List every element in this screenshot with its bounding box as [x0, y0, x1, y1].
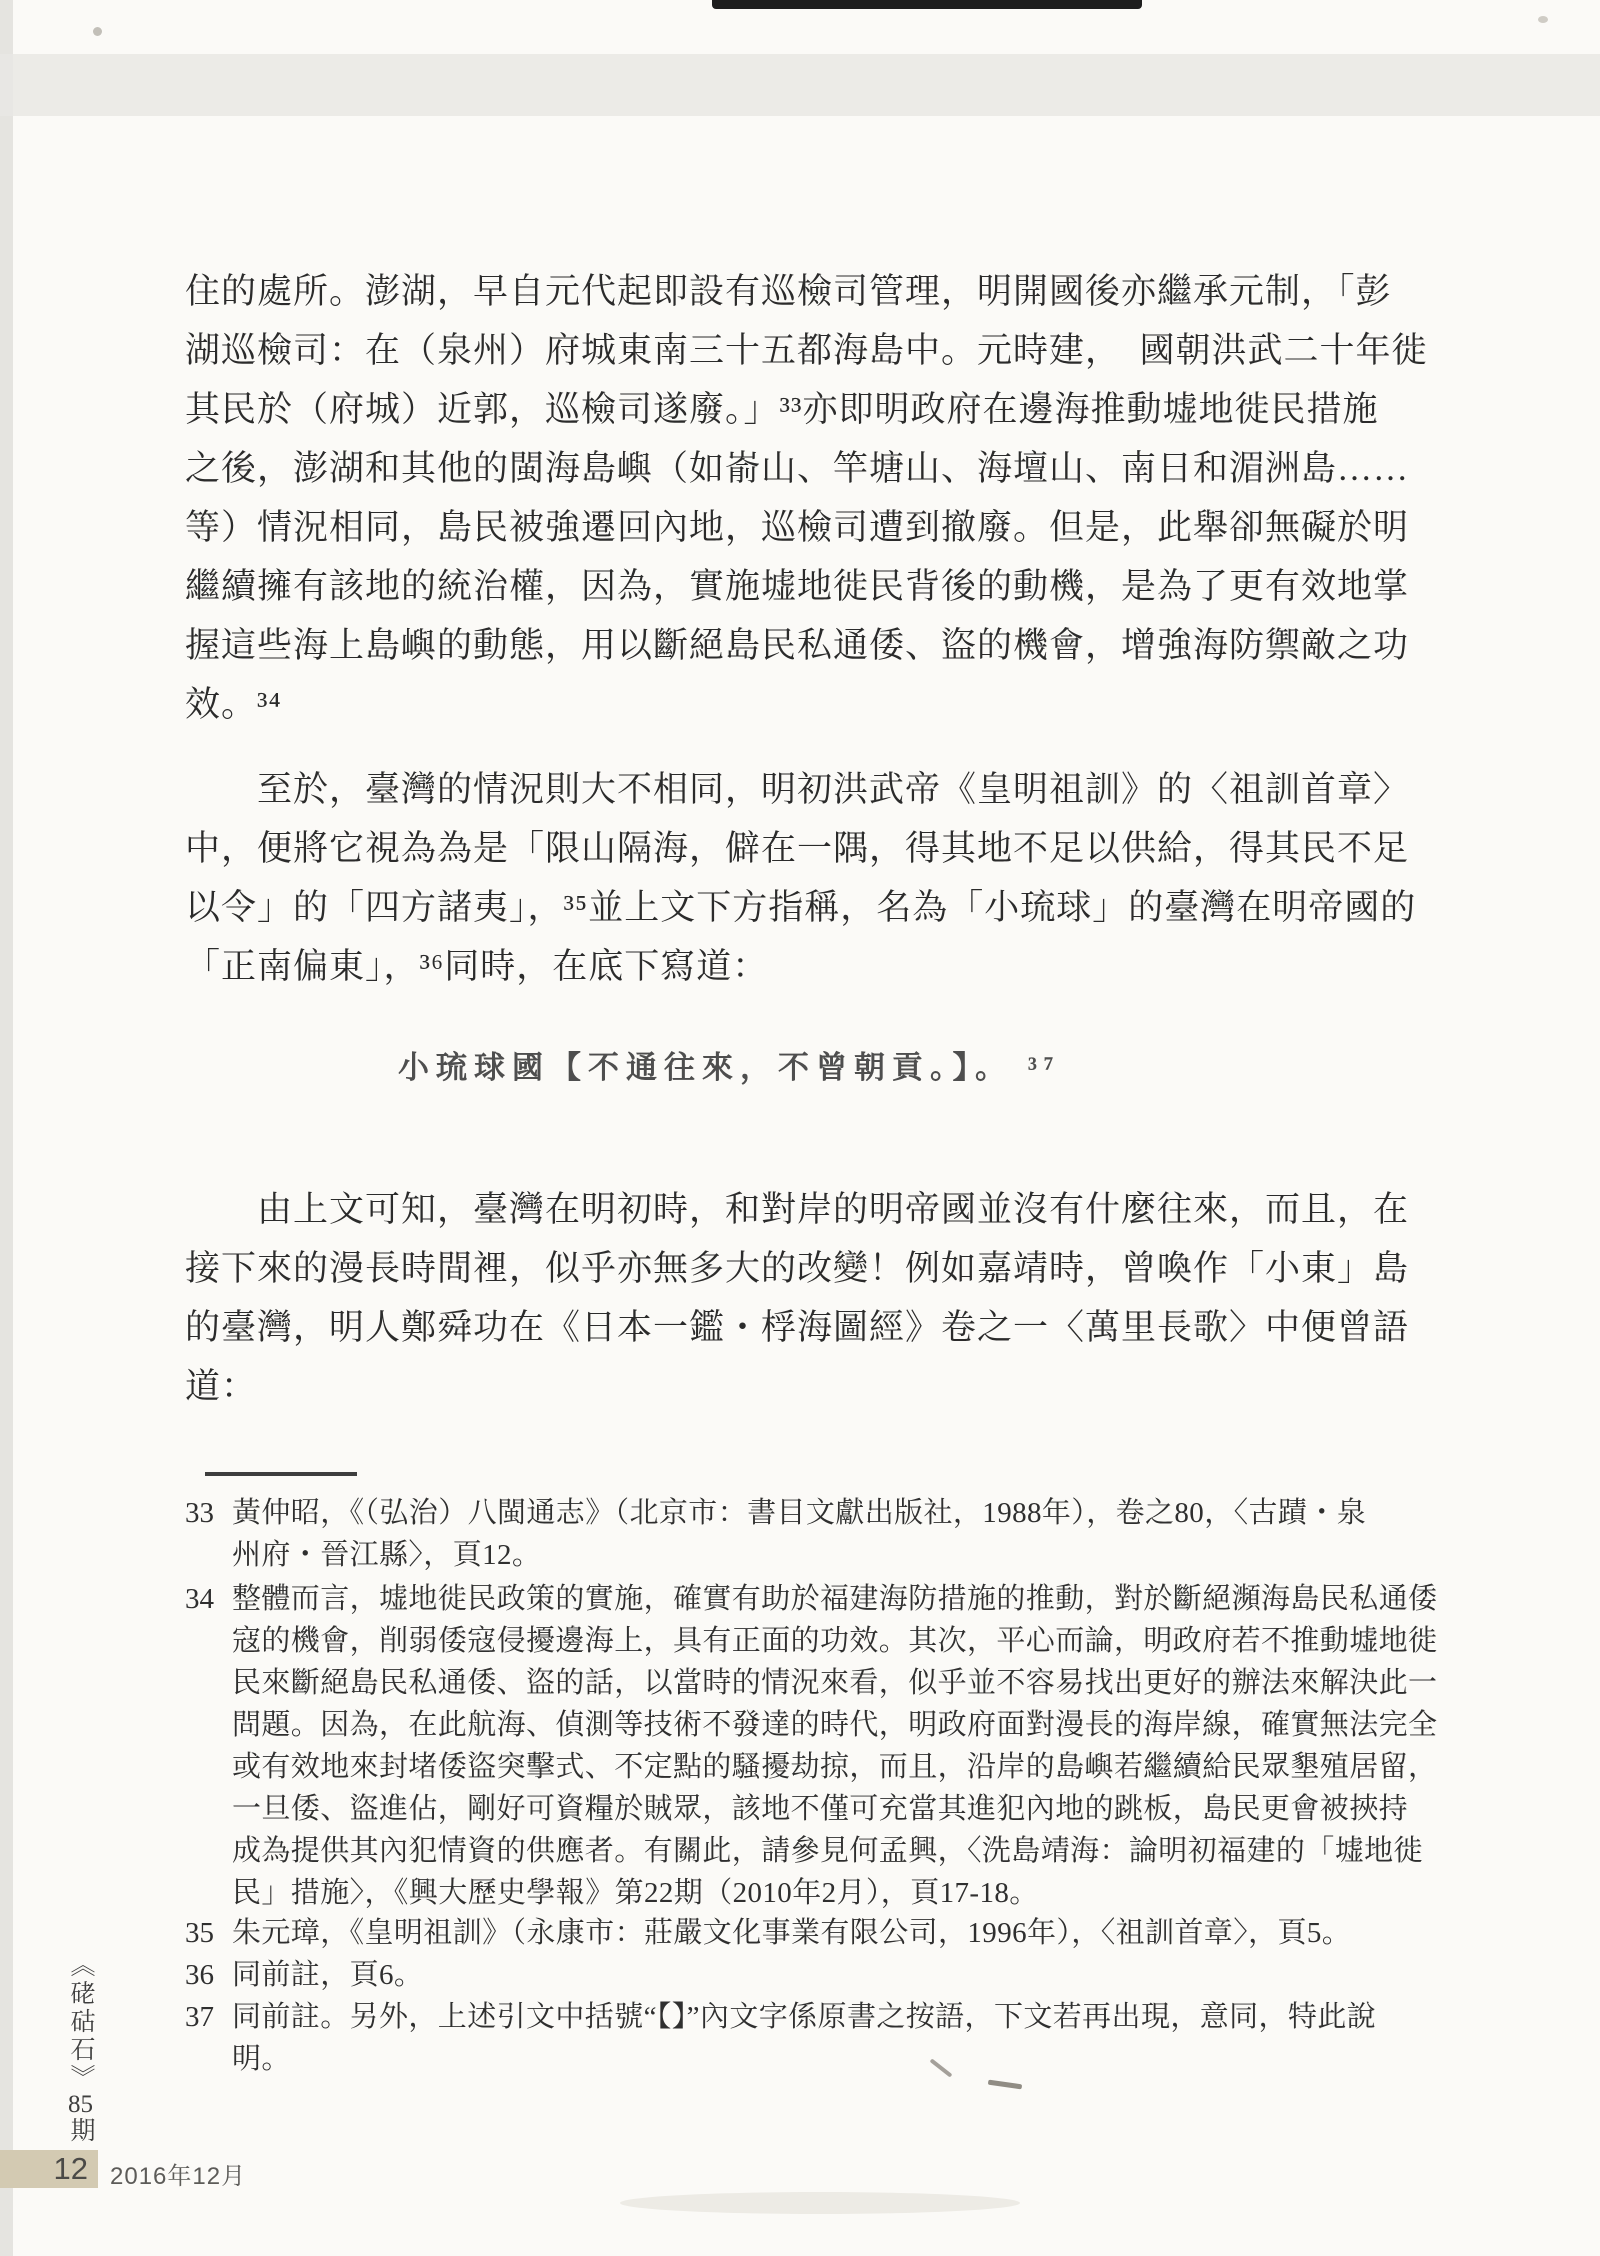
- footnote-text: 同前註。另外，上述引文中括號“【】”內文字係原書之按語，下文若再出現，意同，特此…: [232, 1996, 1485, 2080]
- text-line: 的臺灣，明人鄭舜功在《日本一鑑・桴海圖經》卷之一〈萬里長歌〉中便曾語: [185, 1298, 1475, 1357]
- text-line: 道：: [185, 1357, 1475, 1416]
- footnote-number: 36: [185, 1954, 214, 1996]
- text-line: 同前註，頁6。: [232, 1954, 1485, 1996]
- footnote-number: 37: [185, 1996, 214, 2038]
- journal-title-vertical: 《硓𥑮石》85期: [62, 1952, 98, 2152]
- scan-speck: [93, 27, 102, 36]
- text-line: 中，便將它視為為是「限山隔海，僻在一隅，得其地不足以供給，得其民不足: [185, 819, 1475, 878]
- text-line: 州府・晉江縣〉，頁12。: [232, 1534, 1485, 1576]
- pen-mark: [988, 2080, 1022, 2090]
- footnote-separator: [205, 1472, 357, 1476]
- page-number: 12: [54, 2151, 88, 2187]
- footnote-text: 同前註，頁6。: [232, 1954, 1485, 1996]
- text-line: 湖巡檢司：在（泉州）府城東南三十五都海島中。元時建， 國朝洪武二十年徙: [185, 321, 1475, 380]
- scan-speck: [1538, 16, 1548, 23]
- text-line: 接下來的漫長時間裡，似乎亦無多大的改變！例如嘉靖時，曾喚作「小東」島: [185, 1239, 1475, 1298]
- footnote-text: 黃仲昭，《（弘治）八閩通志》（北京市：書目文獻出版社，1988年），卷之80，〈…: [232, 1492, 1485, 1576]
- text-line: 繼續擁有該地的統治權，因為，實施墟地徙民背後的動機，是為了更有效地掌: [185, 557, 1475, 616]
- text-line: 黃仲昭，《（弘治）八閩通志》（北京市：書目文獻出版社，1988年），卷之80，〈…: [232, 1492, 1485, 1534]
- text-line: 明。: [232, 2038, 1485, 2080]
- text-line: 以令」的「四方諸夷」，³⁵並上文下方指稱，名為「小琉球」的臺灣在明帝國的: [185, 878, 1475, 937]
- footnote-number: 34: [185, 1578, 214, 1620]
- footnote-37: 37 同前註。另外，上述引文中括號“【】”內文字係原書之按語，下文若再出現，意同…: [185, 1996, 1485, 2080]
- body-paragraph-1: 住的處所。澎湖，早自元代起即設有巡檢司管理，明開國後亦繼承元制，「彭湖巡檢司：在…: [185, 262, 1475, 734]
- text-line: 「正南偏東」，³⁶同時，在底下寫道：: [185, 937, 1475, 996]
- scan-edge-shadow: [0, 0, 13, 2256]
- footnote-number: 33: [185, 1492, 214, 1534]
- scan-smudge: [620, 2192, 1020, 2214]
- block-quote: 小琉球國【不通往來，不曾朝貢。】。 ³⁷: [398, 1042, 1060, 1087]
- text-line: 之後，澎湖和其他的閩海島嶼（如嵛山、竿塘山、海壇山、南日和湄洲島……: [185, 439, 1475, 498]
- text-line: 同前註。另外，上述引文中括號“【】”內文字係原書之按語，下文若再出現，意同，特此…: [232, 1996, 1485, 2038]
- footnote-33: 33 黃仲昭，《（弘治）八閩通志》（北京市：書目文獻出版社，1988年），卷之8…: [185, 1492, 1485, 1576]
- footnote-text: 整體而言，墟地徙民政策的實施，確實有助於福建海防措施的推動，對於斷絕瀕海島民私通…: [232, 1578, 1485, 1914]
- scan-ink-strip: [712, 0, 1142, 9]
- text-line: 握這些海上島嶼的動態，用以斷絕島民私通倭、盜的機會，增強海防禦敵之功: [185, 616, 1475, 675]
- text-line: 一旦倭、盜進佔，剛好可資糧於賊眾，該地不僅可充當其進犯內地的跳板，島民更會被挾持: [232, 1788, 1485, 1830]
- text-line: 民來斷絕島民私通倭、盜的話，以當時的情況來看，似乎並不容易找出更好的辦法來解決此…: [232, 1662, 1485, 1704]
- footnote-number: 35: [185, 1912, 214, 1954]
- journal-issue-number: 85: [67, 2092, 94, 2117]
- page-number-badge: 12: [0, 2150, 98, 2188]
- text-line: 或有效地來封堵倭盜突擊式、不定點的騷擾劫掠，而且，沿岸的島嶼若繼續給民眾墾殖居留…: [232, 1746, 1485, 1788]
- text-line: 等）情況相同，島民被強遷回內地，巡檢司遭到撤廢。但是，此舉卻無礙於明: [185, 498, 1475, 557]
- text-line: 其民於（府城）近郭，巡檢司遂廢。」³³亦即明政府在邊海推動墟地徙民措施: [185, 380, 1475, 439]
- footnote-35: 35 朱元璋，《皇明祖訓》（永康市：莊嚴文化事業有限公司，1996年），〈祖訓首…: [185, 1912, 1485, 1954]
- text-line: 民」措施〉，《興大歷史學報》第22期（2010年2月），頁17-18。: [232, 1872, 1485, 1914]
- body-paragraph-2: 至於，臺灣的情況則大不相同，明初洪武帝《皇明祖訓》的〈祖訓首章〉中，便將它視為為…: [185, 760, 1475, 996]
- footnote-36: 36 同前註，頁6。: [185, 1954, 1485, 1996]
- text-line: 至於，臺灣的情況則大不相同，明初洪武帝《皇明祖訓》的〈祖訓首章〉: [185, 760, 1475, 819]
- scan-band-artifact: [0, 54, 1600, 116]
- text-line: 效。³⁴: [185, 675, 1475, 734]
- text-line: 朱元璋，《皇明祖訓》（永康市：莊嚴文化事業有限公司，1996年），〈祖訓首章〉，…: [232, 1912, 1485, 1954]
- text-line: 住的處所。澎湖，早自元代起即設有巡檢司管理，明開國後亦繼承元制，「彭: [185, 262, 1475, 321]
- text-line: 由上文可知，臺灣在明初時，和對岸的明帝國並沒有什麼往來，而且，在: [185, 1180, 1475, 1239]
- footnote-34: 34 整體而言，墟地徙民政策的實施，確實有助於福建海防措施的推動，對於斷絕瀕海島…: [185, 1578, 1485, 1914]
- text-line: 問題。因為，在此航海、偵測等技術不發達的時代，明政府面對漫長的海岸線，確實無法完…: [232, 1704, 1485, 1746]
- body-paragraph-3: 由上文可知，臺灣在明初時，和對岸的明帝國並沒有什麼往來，而且，在接下來的漫長時間…: [185, 1180, 1475, 1416]
- footnote-text: 朱元璋，《皇明祖訓》（永康市：莊嚴文化事業有限公司，1996年），〈祖訓首章〉，…: [232, 1912, 1485, 1954]
- scanned-paper-page: 住的處所。澎湖，早自元代起即設有巡檢司管理，明開國後亦繼承元制，「彭湖巡檢司：在…: [0, 0, 1600, 2256]
- text-line: 成為提供其內犯情資的供應者。有關此，請參見何孟興，〈洗島靖海：論明初福建的「墟地…: [232, 1830, 1485, 1872]
- journal-issue-unit: 期: [67, 2117, 94, 2145]
- text-line: 寇的機會，削弱倭寇侵擾邊海上，具有正面的功效。其次，平心而論，明政府若不推動墟地…: [232, 1620, 1485, 1662]
- journal-name: 《硓𥑮石》: [67, 1952, 94, 2092]
- issue-date: 2016年12月: [110, 2156, 246, 2191]
- text-line: 整體而言，墟地徙民政策的實施，確實有助於福建海防措施的推動，對於斷絕瀕海島民私通…: [232, 1578, 1485, 1620]
